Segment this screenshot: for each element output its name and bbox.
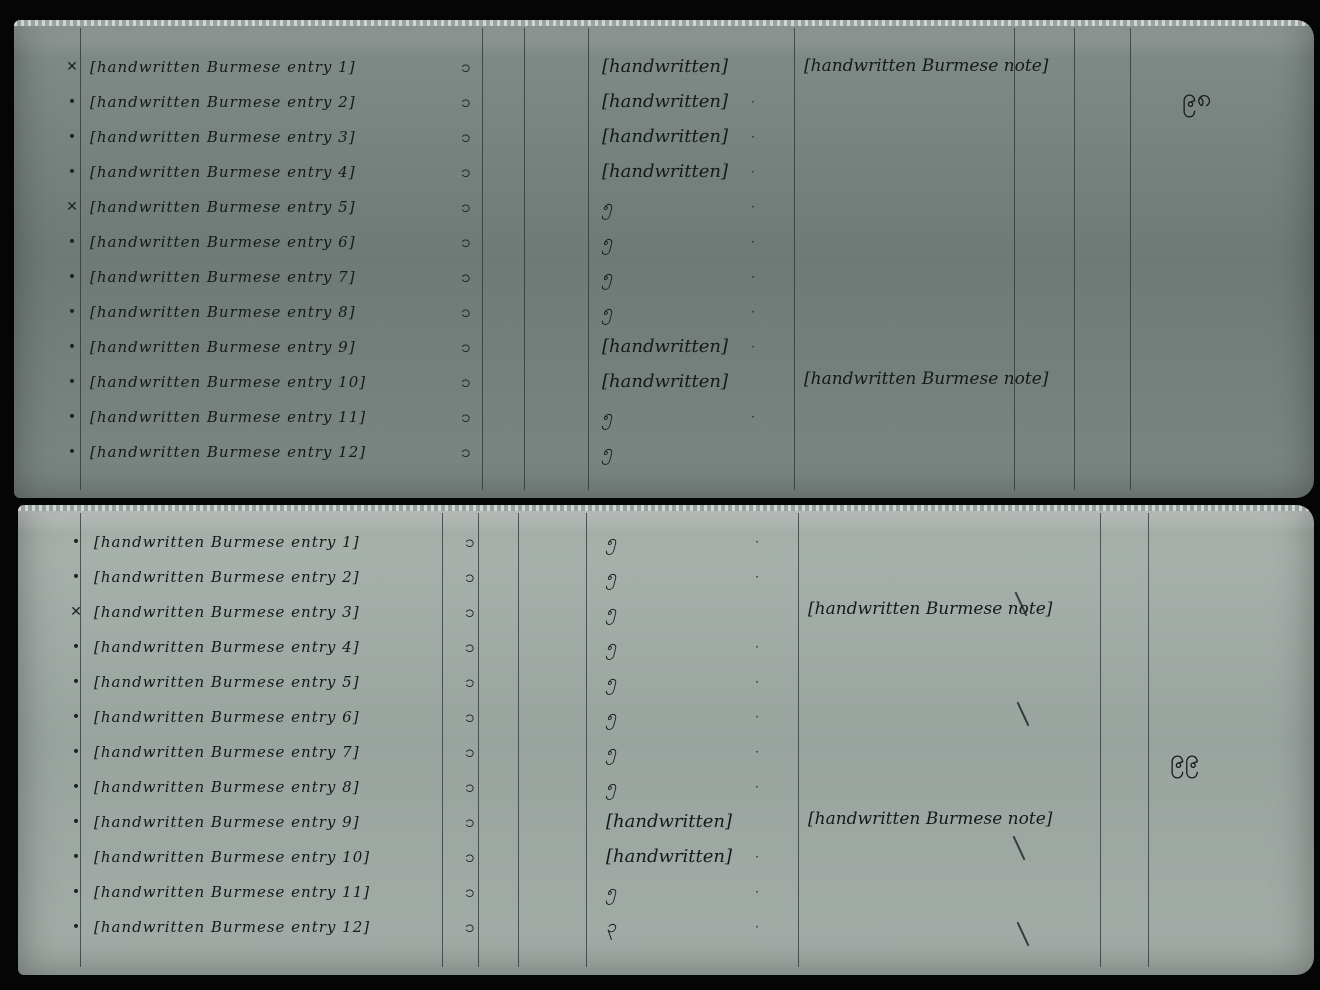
row-marker: • <box>62 330 82 364</box>
dot-mark: · <box>752 525 762 559</box>
entry-name: [handwritten Burmese entry 6] <box>94 700 424 734</box>
entry-amount: ၅ <box>606 595 676 629</box>
entry-amount: [handwritten] <box>602 85 672 119</box>
table-row: • [handwritten Burmese entry 6] ၁ ၅ · <box>18 700 1314 734</box>
dot-mark: · <box>752 910 762 944</box>
dot-mark: · <box>748 330 758 364</box>
entry-amount: ၅ <box>606 735 676 769</box>
table-row: ✕ [handwritten Burmese entry 5] ၁ ၅ · <box>14 190 1314 224</box>
entry-amount: ၅ <box>602 225 672 259</box>
row-marker: • <box>66 840 86 874</box>
entry-name: [handwritten Burmese entry 9] <box>90 330 420 364</box>
entry-count: ၁ <box>456 400 476 434</box>
table-row: • [handwritten Burmese entry 12] ၁ ၅ <box>14 435 1314 469</box>
row-marker: • <box>62 120 82 154</box>
entry-amount: ၅ <box>606 875 676 909</box>
entry-count: ၁ <box>460 665 480 699</box>
table-row: ✕ [handwritten Burmese entry 3] ၁ ၅ [han… <box>18 595 1314 629</box>
dot-mark: · <box>748 260 758 294</box>
row-marker: ✕ <box>66 595 86 629</box>
row-marker: • <box>62 400 82 434</box>
entry-count: ၁ <box>456 295 476 329</box>
dot-mark: · <box>748 85 758 119</box>
table-row: • [handwritten Burmese entry 1] ၁ ၅ · <box>18 525 1314 559</box>
entry-name: [handwritten Burmese entry 9] <box>94 805 424 839</box>
row-marker: • <box>66 560 86 594</box>
entry-amount: [handwritten] <box>602 365 672 399</box>
table-row: ✕ [handwritten Burmese entry 1] ၁ [handw… <box>14 50 1314 84</box>
row-marker: • <box>66 910 86 944</box>
entry-count: ၁ <box>460 875 480 909</box>
table-row: • [handwritten Burmese entry 11] ၁ ၅ · <box>14 400 1314 434</box>
table-row: • [handwritten Burmese entry 9] ၁ [handw… <box>14 330 1314 364</box>
dot-mark: · <box>748 295 758 329</box>
dot-mark: · <box>752 630 762 664</box>
entry-name: [handwritten Burmese entry 4] <box>90 155 420 189</box>
table-row: • [handwritten Burmese entry 11] ၁ ၅ · <box>18 875 1314 909</box>
entry-name: [handwritten Burmese entry 1] <box>90 50 420 84</box>
row-marker: • <box>62 365 82 399</box>
entry-name: [handwritten Burmese entry 4] <box>94 630 424 664</box>
entry-count: ၁ <box>460 805 480 839</box>
entry-remark: [handwritten Burmese note] <box>808 599 1052 619</box>
entry-count: ၁ <box>460 735 480 769</box>
page-edge <box>14 20 1314 26</box>
entry-amount: ၅ <box>602 190 672 224</box>
entry-count: ၁ <box>456 50 476 84</box>
entry-count: ၁ <box>460 840 480 874</box>
entry-count: ၁ <box>460 560 480 594</box>
entry-name: [handwritten Burmese entry 7] <box>90 260 420 294</box>
row-marker: • <box>66 630 86 664</box>
entry-name: [handwritten Burmese entry 11] <box>90 400 420 434</box>
row-marker: • <box>66 805 86 839</box>
entry-amount: [handwritten] <box>602 155 672 189</box>
entry-count: ၁ <box>456 190 476 224</box>
entry-amount: ၅ <box>602 400 672 434</box>
entry-name: [handwritten Burmese entry 5] <box>94 665 424 699</box>
row-marker: • <box>66 735 86 769</box>
entry-name: [handwritten Burmese entry 7] <box>94 735 424 769</box>
entry-name: [handwritten Burmese entry 1] <box>94 525 424 559</box>
entry-name: [handwritten Burmese entry 11] <box>94 875 424 909</box>
table-row: • [handwritten Burmese entry 2] ၁ [handw… <box>14 85 1314 119</box>
entry-remark: [handwritten Burmese note] <box>804 56 1048 76</box>
table-row: • [handwritten Burmese entry 8] ၁ ၅ · <box>18 770 1314 804</box>
table-row: • [handwritten Burmese entry 7] ၁ ၅ · <box>18 735 1314 769</box>
entry-count: ၁ <box>460 700 480 734</box>
entry-count: ၁ <box>456 225 476 259</box>
entry-name: [handwritten Burmese entry 3] <box>90 120 420 154</box>
dot-mark: · <box>748 120 758 154</box>
table-row: • [handwritten Burmese entry 9] ၁ [handw… <box>18 805 1314 839</box>
entry-count: ၁ <box>460 770 480 804</box>
entry-amount: ၅ <box>606 560 676 594</box>
entry-name: [handwritten Burmese entry 12] <box>94 910 424 944</box>
entry-amount: [handwritten] <box>606 840 676 874</box>
entry-name: [handwritten Burmese entry 2] <box>90 85 420 119</box>
entry-name: [handwritten Burmese entry 3] <box>94 595 424 629</box>
row-marker: • <box>62 435 82 469</box>
row-marker: • <box>66 875 86 909</box>
entry-amount: ၅ <box>602 260 672 294</box>
entry-amount: ၅ <box>606 665 676 699</box>
dot-mark: · <box>748 190 758 224</box>
entry-count: ၁ <box>456 365 476 399</box>
entry-count: ၁ <box>456 155 476 189</box>
entry-name: [handwritten Burmese entry 2] <box>94 560 424 594</box>
table-row: • [handwritten Burmese entry 12] ၁ ၃ · <box>18 910 1314 944</box>
entry-count: ၁ <box>456 260 476 294</box>
table-row: • [handwritten Burmese entry 3] ၁ [handw… <box>14 120 1314 154</box>
entry-name: [handwritten Burmese entry 5] <box>90 190 420 224</box>
dot-mark: · <box>752 700 762 734</box>
entry-count: ၁ <box>456 435 476 469</box>
entry-count: ၁ <box>456 120 476 154</box>
row-marker: • <box>66 665 86 699</box>
entry-amount: ၃ <box>606 910 676 944</box>
entry-amount: ၅ <box>606 525 676 559</box>
table-row: • [handwritten Burmese entry 10] ၁ [hand… <box>18 840 1314 874</box>
entry-amount: [handwritten] <box>602 120 672 154</box>
dot-mark: · <box>752 875 762 909</box>
table-row: • [handwritten Burmese entry 4] ၁ [handw… <box>14 155 1314 189</box>
page-edge <box>18 505 1314 511</box>
entry-name: [handwritten Burmese entry 12] <box>90 435 420 469</box>
entry-remark: [handwritten Burmese note] <box>808 809 1052 829</box>
entry-amount: ၅ <box>606 770 676 804</box>
table-row: • [handwritten Burmese entry 6] ၁ ၅ · <box>14 225 1314 259</box>
entry-amount: ၅ <box>602 295 672 329</box>
row-marker: ✕ <box>62 190 82 224</box>
entry-name: [handwritten Burmese entry 6] <box>90 225 420 259</box>
row-marker: ✕ <box>62 50 82 84</box>
dot-mark: · <box>752 560 762 594</box>
entry-name: [handwritten Burmese entry 10] <box>90 365 420 399</box>
row-marker: • <box>62 225 82 259</box>
entry-amount: ၅ <box>606 630 676 664</box>
dot-mark: · <box>752 735 762 769</box>
table-row: • [handwritten Burmese entry 5] ၁ ၅ · <box>18 665 1314 699</box>
ledger-page-bottom: ၉၉ • [handwritten Burmese entry 1] ၁ ၅ ·… <box>18 505 1314 975</box>
table-row: • [handwritten Burmese entry 4] ၁ ၅ · <box>18 630 1314 664</box>
entry-amount: ၅ <box>606 700 676 734</box>
entry-name: [handwritten Burmese entry 10] <box>94 840 424 874</box>
dot-mark: · <box>748 155 758 189</box>
entry-amount: [handwritten] <box>602 330 672 364</box>
entry-count: ၁ <box>456 85 476 119</box>
table-row: • [handwritten Burmese entry 7] ၁ ၅ · <box>14 260 1314 294</box>
row-marker: • <box>62 295 82 329</box>
entry-count: ၁ <box>460 910 480 944</box>
entry-count: ၁ <box>460 525 480 559</box>
row-marker: • <box>66 525 86 559</box>
entry-amount: ၅ <box>602 435 672 469</box>
dot-mark: · <box>752 770 762 804</box>
dot-mark: · <box>748 400 758 434</box>
table-row: • [handwritten Burmese entry 8] ၁ ၅ · <box>14 295 1314 329</box>
entry-amount: [handwritten] <box>606 805 676 839</box>
row-marker: • <box>66 770 86 804</box>
ledger-page-top: ၉၈ ✕ [handwritten Burmese entry 1] ၁ [ha… <box>14 20 1314 498</box>
dot-mark: · <box>752 840 762 874</box>
dot-mark: · <box>748 225 758 259</box>
row-marker: • <box>66 700 86 734</box>
entry-count: ၁ <box>456 330 476 364</box>
table-row: • [handwritten Burmese entry 2] ၁ ၅ · <box>18 560 1314 594</box>
row-marker: • <box>62 155 82 189</box>
row-marker: • <box>62 260 82 294</box>
entry-count: ၁ <box>460 595 480 629</box>
entry-name: [handwritten Burmese entry 8] <box>94 770 424 804</box>
table-row: • [handwritten Burmese entry 10] ၁ [hand… <box>14 365 1314 399</box>
row-marker: • <box>62 85 82 119</box>
entry-name: [handwritten Burmese entry 8] <box>90 295 420 329</box>
entry-count: ၁ <box>460 630 480 664</box>
dot-mark: · <box>752 665 762 699</box>
entry-remark: [handwritten Burmese note] <box>804 369 1048 389</box>
entry-amount: [handwritten] <box>602 50 672 84</box>
